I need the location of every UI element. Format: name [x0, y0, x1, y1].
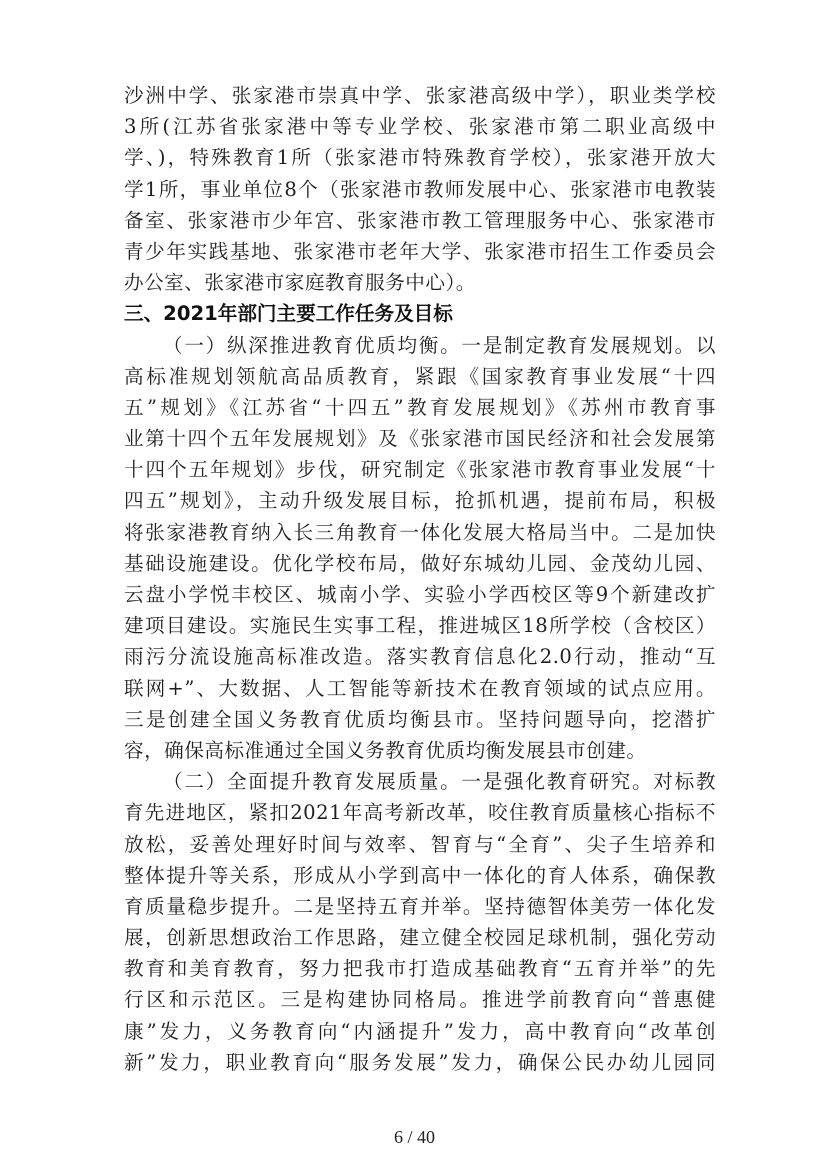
- text-line: 展，创新思想政治工作思路，建立健全校园足球机制，强化劳动: [124, 922, 716, 953]
- text-line: 三是创建全国义务教育优质均衡县市。坚持问题导向，挖潜扩: [124, 704, 716, 735]
- text-line: 业第十四个五年发展规划》及《张家港市国民经济和社会发展第: [124, 423, 716, 454]
- text-line: 行区和示范区。三是构建协同格局。推进学前教育向“普惠健: [124, 984, 716, 1015]
- page-number: 6 / 40: [0, 1127, 829, 1148]
- section-heading-text: 三、2021年部门主要工作任务及目标: [124, 298, 716, 329]
- text-line: 青少年实践基地、张家港市老年大学、张家港市招生工作委员会: [124, 236, 716, 267]
- section-heading: 三、2021年部门主要工作任务及目标: [124, 298, 716, 329]
- text-line: 备室、张家港市少年宫、张家港市教工管理服务中心、张家港市: [124, 205, 716, 236]
- paragraph-education-quality: （二）全面提升教育发展质量。一是强化教育研究。对标教 育先进地区，紧扣2021年…: [124, 766, 716, 1078]
- text-line: 育先进地区，紧扣2021年高考新改革，咬住教育质量核心指标不: [124, 797, 716, 828]
- text-line: 基础设施建设。优化学校布局，做好东城幼儿园、金茂幼儿园、: [124, 548, 716, 579]
- text-line: 学1所，事业单位8个（张家港市教师发展中心、张家港市电教装: [124, 174, 716, 205]
- text-line: 办公室、张家港市家庭教育服务中心）。: [124, 267, 716, 298]
- text-line: 高标准规划领航高品质教育，紧跟《国家教育事业发展“十四: [124, 361, 716, 392]
- text-line: （一）纵深推进教育优质均衡。一是制定教育发展规划。以: [124, 330, 716, 361]
- text-line: 3所(江苏省张家港中等专业学校、张家港市第二职业高级中: [124, 111, 716, 142]
- text-line: 建项目建设。实施民生实事工程，推进城区18所学校（含校区）: [124, 610, 716, 641]
- text-line: 五”规划》《江苏省“十四五”教育发展规划》《苏州市教育事: [124, 392, 716, 423]
- page-content: 沙洲中学、张家港市崇真中学、张家港高级中学），职业类学校 3所(江苏省张家港中等…: [124, 80, 716, 1078]
- text-line: 雨污分流设施高标准改造。落实教育信息化2.0行动，推动“互: [124, 641, 716, 672]
- text-line: 育质量稳步提升。二是坚持五育并举。坚持德智体美劳一体化发: [124, 891, 716, 922]
- paragraph-balanced-education: （一）纵深推进教育优质均衡。一是制定教育发展规划。以 高标准规划领航高品质教育，…: [124, 330, 716, 767]
- text-line: 整体提升等关系，形成从小学到高中一体化的育人体系，确保教: [124, 860, 716, 891]
- text-line: 放松，妥善处理好时间与效率、智育与“全育”、尖子生培养和: [124, 829, 716, 860]
- text-line: 容，确保高标准通过全国义务教育优质均衡发展县市创建。: [124, 735, 716, 766]
- text-line: 学、)，特殊教育1所（张家港市特殊教育学校），张家港开放大: [124, 142, 716, 173]
- text-line: 新”发力，职业教育向“服务发展”发力，确保公民办幼儿园同: [124, 1047, 716, 1078]
- text-line: 康”发力，义务教育向“内涵提升”发力，高中教育向“改革创: [124, 1016, 716, 1047]
- text-line: 十四个五年规划》步伐，研究制定《张家港市教育事业发展“十: [124, 454, 716, 485]
- text-line: 四五”规划》，主动升级发展目标，抢抓机遇，提前布局，积极: [124, 485, 716, 516]
- text-line: 教育和美育教育，努力把我市打造成基础教育“五育并举”的先: [124, 953, 716, 984]
- text-line: 将张家港教育纳入长三角教育一体化发展大格局当中。二是加快: [124, 517, 716, 548]
- text-line: 云盘小学悦丰校区、城南小学、实验小学西校区等9个新建改扩: [124, 579, 716, 610]
- document-page: 沙洲中学、张家港市崇真中学、张家港高级中学），职业类学校 3所(江苏省张家港中等…: [0, 0, 829, 1173]
- text-line: 沙洲中学、张家港市崇真中学、张家港高级中学），职业类学校: [124, 80, 716, 111]
- text-line: 联网+”、大数据、人工智能等新技术在教育领域的试点应用。: [124, 673, 716, 704]
- text-line: （二）全面提升教育发展质量。一是强化教育研究。对标教: [124, 766, 716, 797]
- paragraph-school-list: 沙洲中学、张家港市崇真中学、张家港高级中学），职业类学校 3所(江苏省张家港中等…: [124, 80, 716, 298]
